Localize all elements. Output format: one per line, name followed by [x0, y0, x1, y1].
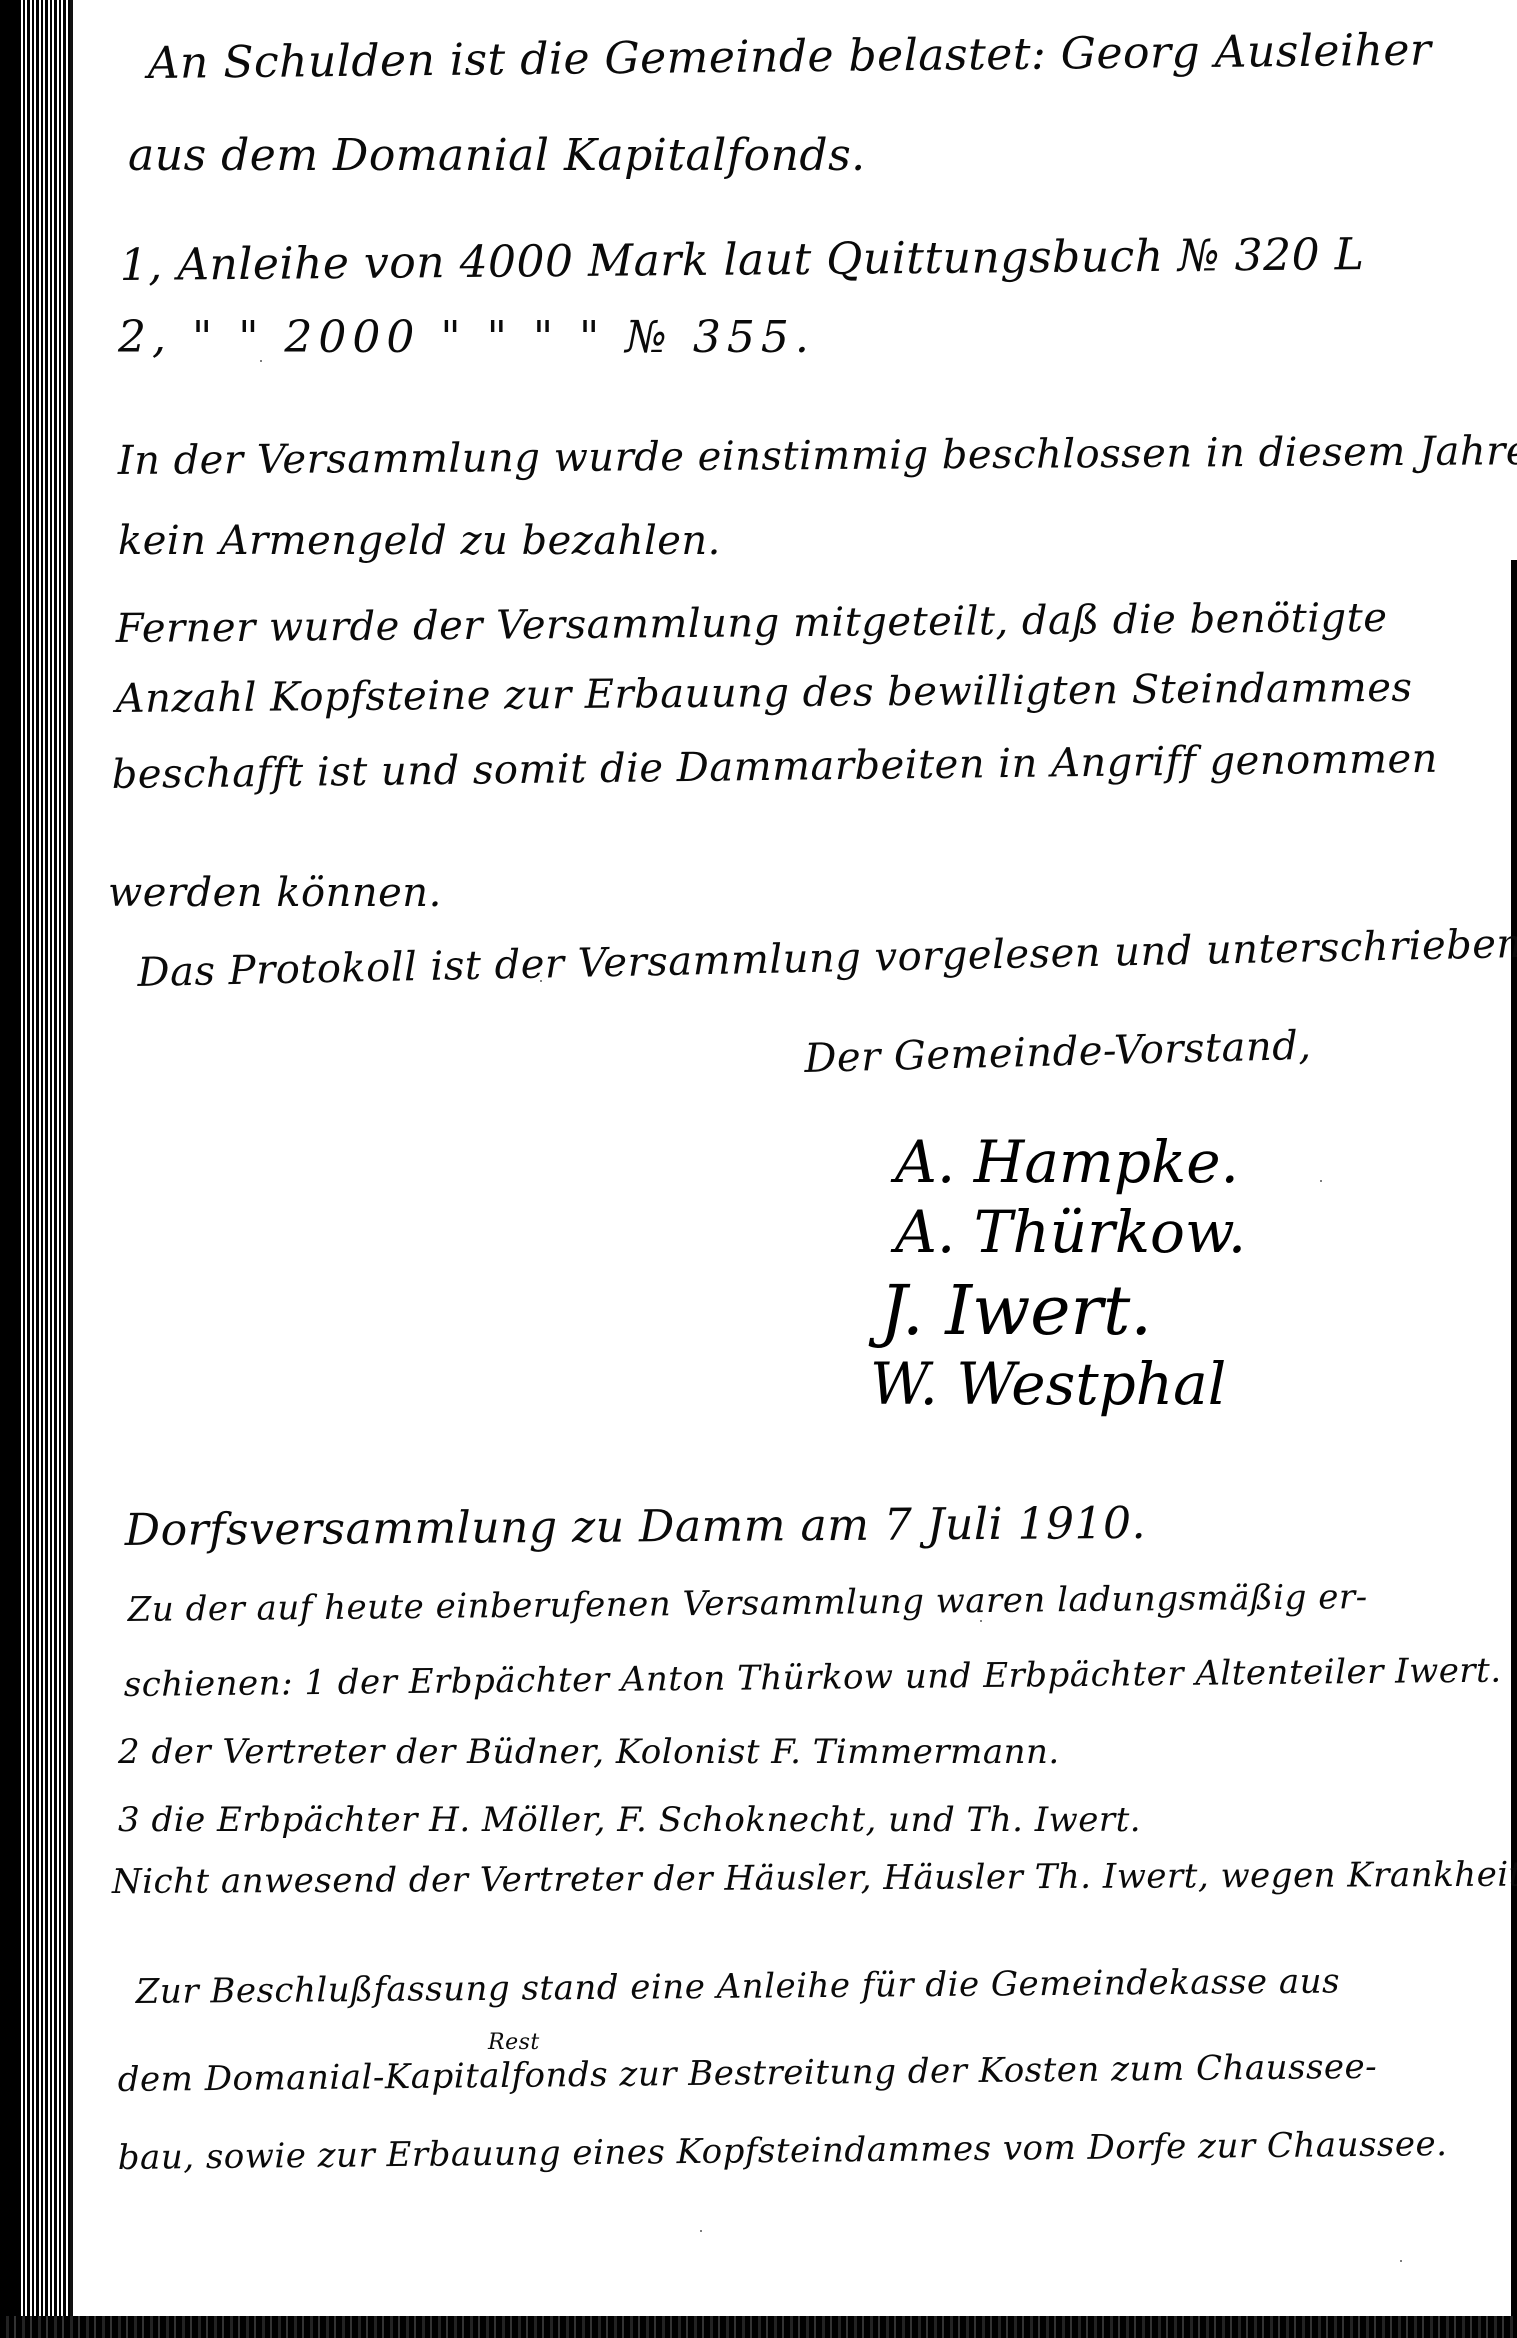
text-line: Das Protokoll ist der Versammlung vorgel…	[137, 921, 1517, 996]
text-line: kein Armengeld zu bezahlen.	[118, 518, 721, 564]
text-line: Zu der auf heute einberufenen Versammlun…	[128, 1577, 1368, 1630]
section-heading: Dorfsversammlung zu Damm am 7 Juli 1910.	[125, 1498, 1147, 1556]
text-line: Anzahl Kopfsteine zur Erbauung des bewil…	[116, 665, 1413, 722]
signature-thuerkow: A. Thürkow.	[895, 1198, 1246, 1266]
paper-speck	[700, 2230, 702, 2232]
text-line: aus dem Domanial Kapitalfonds.	[128, 130, 866, 181]
interlinear-note: Rest	[488, 2030, 540, 2055]
text-line: beschafft ist und somit die Dammarbeiten…	[111, 736, 1438, 798]
text-line: Ferner wurde der Versammlung mitgeteilt,…	[116, 595, 1388, 652]
list-item: 3 die Erbpächter H. Möller, F. Schoknech…	[118, 1800, 1141, 1840]
text-line: Nicht anwesend der Vertreter der Häusler…	[112, 1855, 1517, 1902]
signature-closing: Der Gemeinde-Vorstand,	[804, 1023, 1312, 1082]
binding-margin-line	[70, 0, 73, 2338]
text-line: Zur Beschlußfassung stand eine Anleihe f…	[136, 1961, 1341, 2012]
list-item: 1, Anleihe von 4000 Mark laut Quittungsb…	[120, 229, 1365, 291]
document-page: An Schulden ist die Gemeinde belastet: G…	[0, 0, 1517, 2338]
text-line: bau, sowie zur Erbauung eines Kopfsteind…	[118, 2124, 1448, 2178]
text-line: dem Domanial-Kapitalfonds zur Bestreitun…	[118, 2047, 1378, 2100]
text-line: In der Versammlung wurde einstimmig besc…	[118, 428, 1517, 484]
paper-speck	[260, 360, 262, 362]
signature-westphal: W. Westphal	[870, 1350, 1226, 1418]
text-line: An Schulden ist die Gemeinde belastet: G…	[147, 25, 1431, 89]
binding-shadow	[0, 0, 20, 2338]
paper-speck	[540, 980, 542, 982]
list-item: 2 der Vertreter der Büdner, Kolonist F. …	[118, 1732, 1060, 1772]
paper-speck	[980, 1620, 982, 1622]
text-line: schienen: 1 der Erbpächter Anton Thürkow…	[124, 1651, 1502, 1705]
signature-hampke: A. Hampke.	[895, 1128, 1239, 1196]
page-right-edge	[1511, 560, 1517, 2338]
list-item: 2, " " 2000 " " " " № 355.	[118, 312, 815, 363]
signature-iwert: J. Iwert.	[880, 1272, 1152, 1351]
text-line: werden können.	[108, 870, 442, 916]
paper-speck	[1400, 2260, 1402, 2262]
page-bottom-edge	[0, 2316, 1517, 2338]
paper-speck	[1320, 1180, 1322, 1182]
